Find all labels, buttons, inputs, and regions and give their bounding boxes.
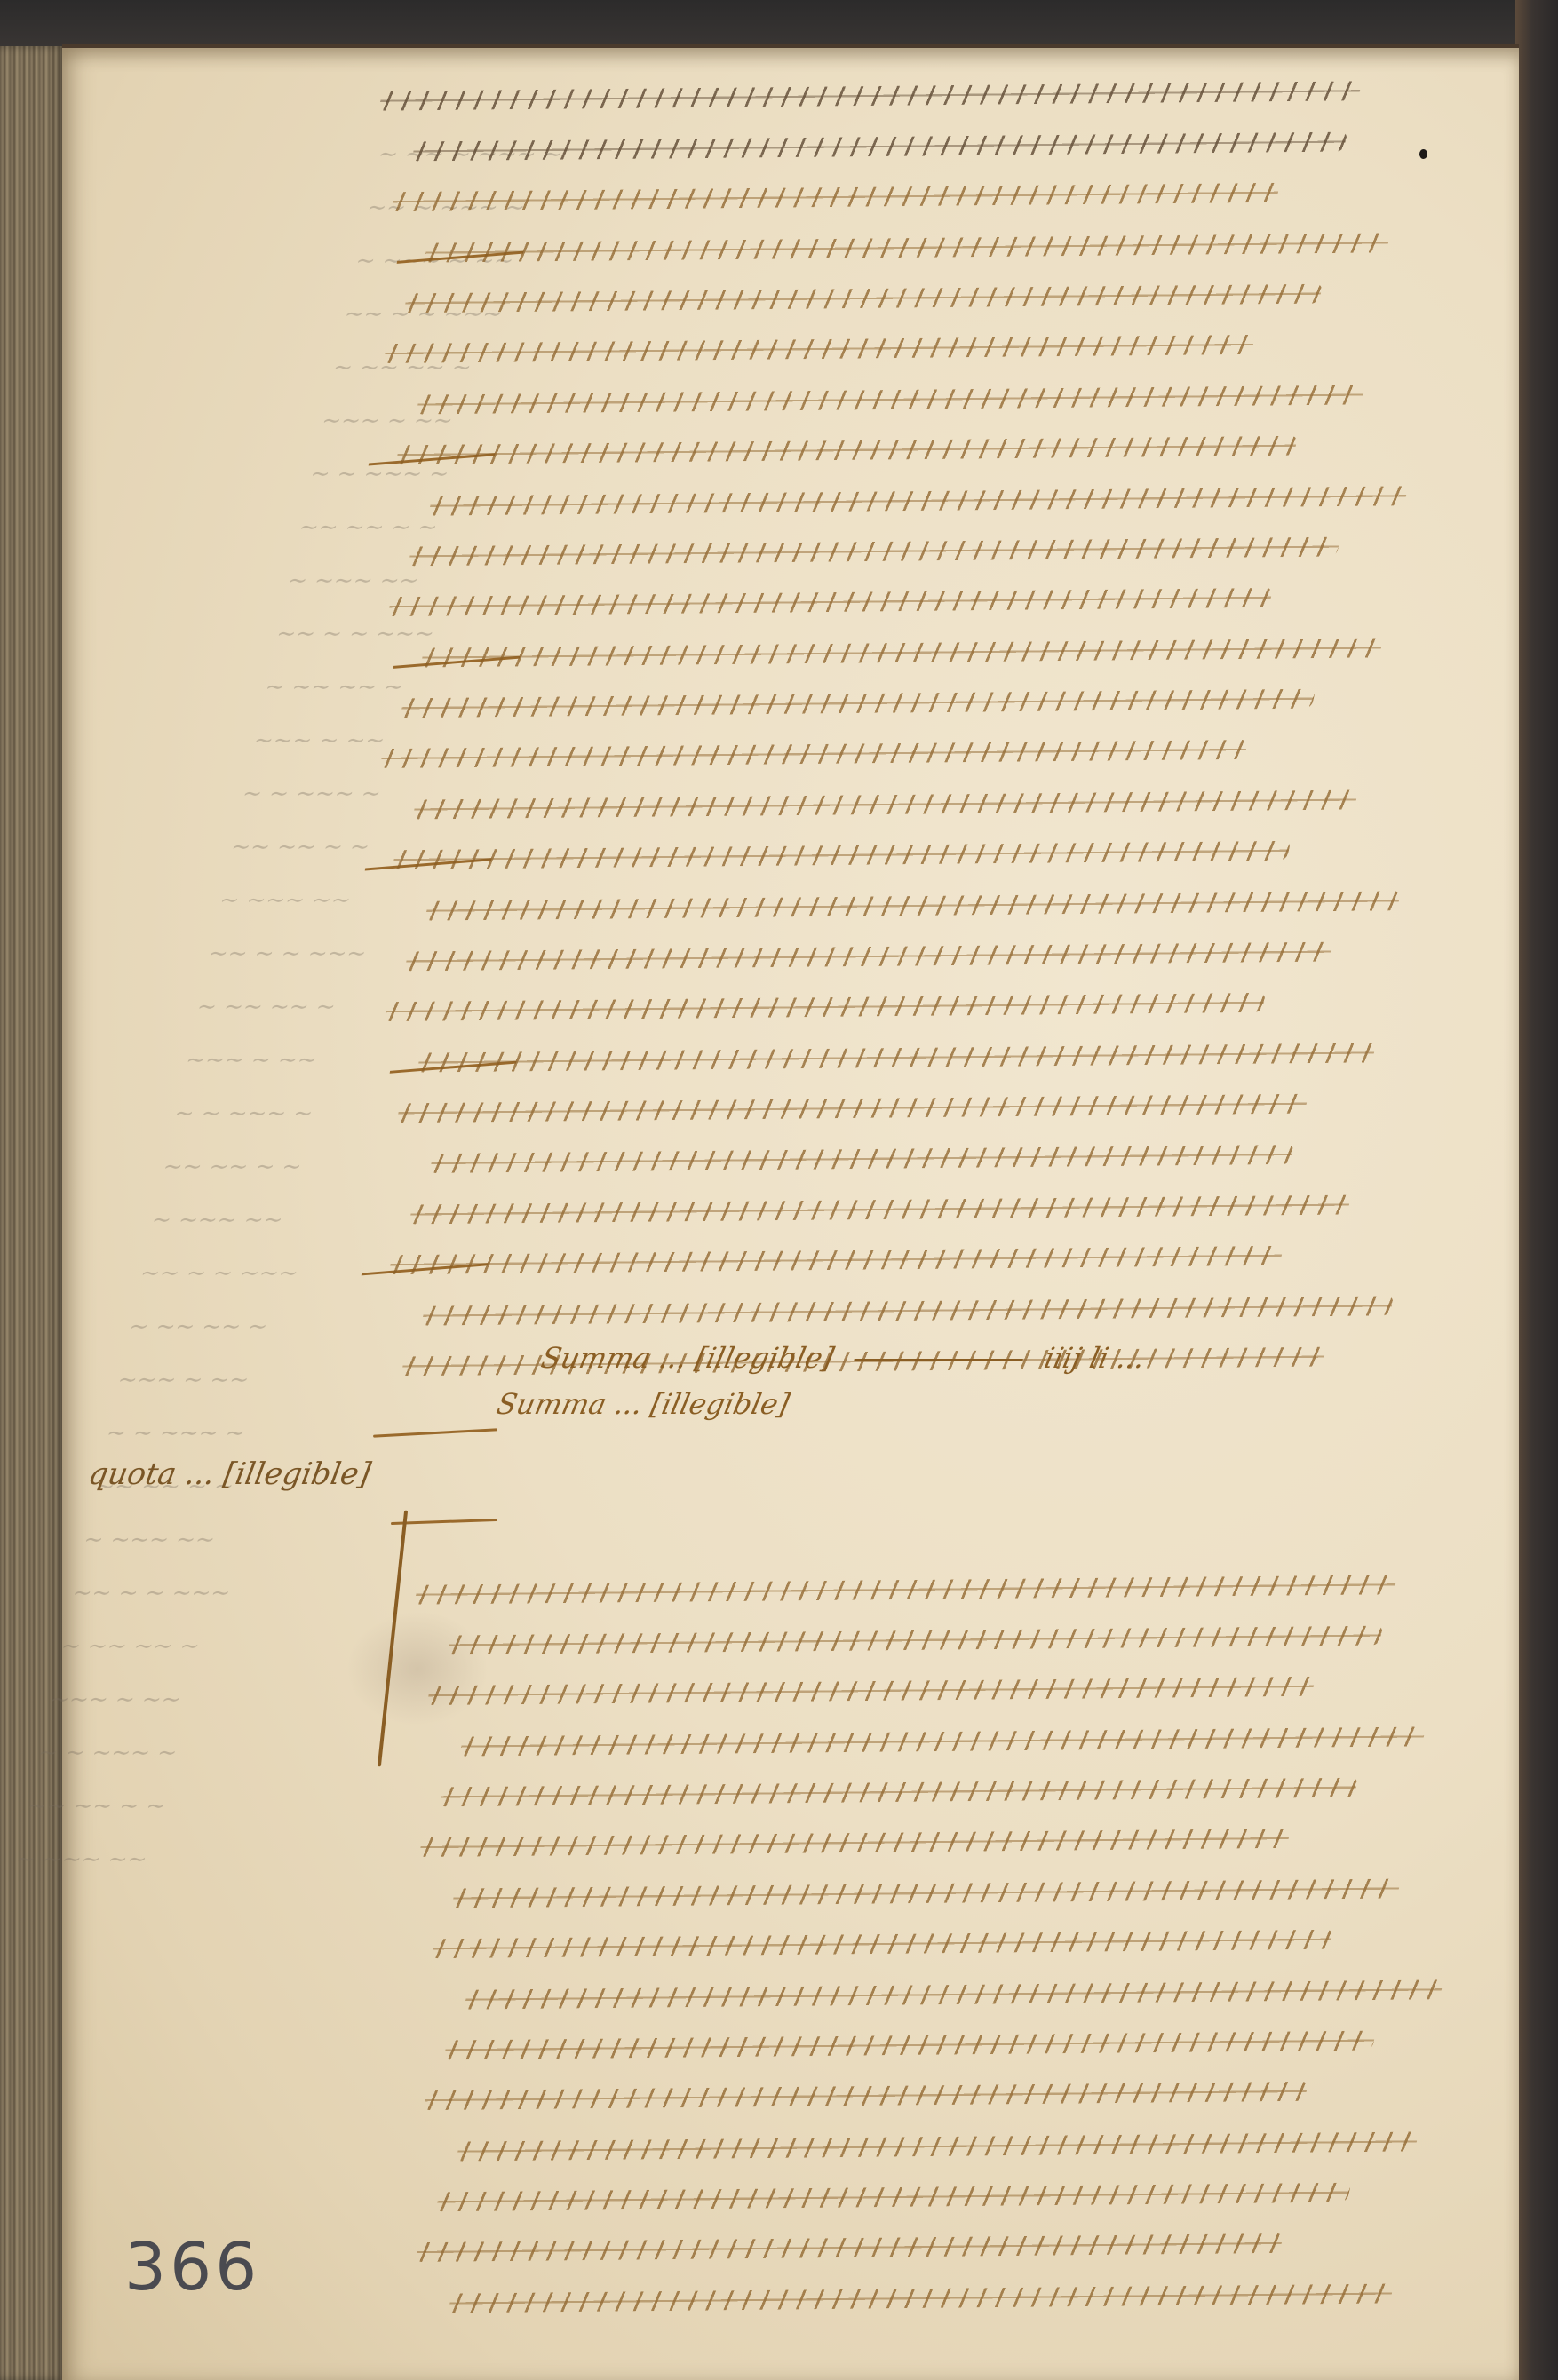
manuscript-line [427, 1913, 1338, 1973]
manuscript-line-text [396, 1094, 1309, 1123]
manuscript-line-text [456, 2131, 1419, 2161]
manuscript-line [388, 824, 1295, 885]
manuscript-line [392, 419, 1302, 480]
summa-line-1: Summa ... [illegible] iiij li ... [538, 1341, 1149, 1375]
manuscript-line [380, 976, 1270, 1035]
manuscript-line-text [391, 183, 1281, 211]
body-text-upper [400, 69, 1439, 1385]
manuscript-line-text [424, 233, 1391, 262]
manuscript-line [387, 166, 1284, 226]
summa-line-2: Summa ... [illegible] [494, 1387, 792, 1421]
binding-right-edge [1515, 0, 1558, 2380]
manuscript-line-text [431, 1930, 1334, 1959]
page-number: 366 [124, 2229, 260, 2305]
manuscript-line-text [423, 2082, 1309, 2110]
manuscript-line-text [392, 841, 1292, 870]
manuscript-line-text [411, 132, 1348, 162]
manuscript-line-text [428, 486, 1409, 515]
manuscript-line-text [414, 1575, 1398, 1605]
manuscript-line-text [378, 81, 1363, 111]
summa-line-2-text: Summa ... [illegible] [494, 1387, 792, 1421]
page-edges-stack [0, 46, 64, 2380]
manuscript-line [411, 2217, 1288, 2276]
manuscript-line-text [384, 993, 1267, 1021]
manuscript-line [393, 1077, 1313, 1138]
manuscript-line-text [403, 284, 1324, 313]
manuscript-line [379, 318, 1260, 377]
manuscript-line-text [464, 1979, 1444, 2009]
manuscript-line [384, 571, 1277, 631]
manuscript-line [444, 2266, 1398, 2327]
manuscript-line-text [379, 740, 1249, 768]
margin-note: quota ... [illegible] [85, 1456, 373, 1492]
manuscript-line-text [425, 891, 1402, 920]
manuscript-line-text [439, 1778, 1359, 1807]
manuscript-line-text [429, 1145, 1295, 1173]
manuscript-line [425, 1128, 1299, 1187]
manuscript-line-text [426, 1677, 1316, 1705]
summa-line-1-amount: iiij li ... [1041, 1341, 1148, 1375]
manuscript-line-text [412, 789, 1359, 819]
summa-line-1-text: Summa ... [illegible] [538, 1341, 837, 1375]
manuscript-line-text [408, 537, 1341, 567]
manuscript-line-text [387, 588, 1274, 616]
manuscript-line-text [388, 1246, 1284, 1274]
manuscript-line [376, 723, 1252, 782]
manuscript-line-text [448, 2283, 1395, 2313]
manuscript-line-text [421, 1296, 1395, 1325]
manuscript-line [385, 1229, 1288, 1289]
manuscript-line-text [395, 436, 1299, 465]
manuscript-line [423, 1660, 1320, 1719]
manuscript-line-text [400, 689, 1316, 718]
manuscript-line-text [459, 1726, 1427, 1756]
summa-dash [854, 1359, 1023, 1361]
manuscript-line-text [420, 638, 1384, 667]
manuscript-line-text [409, 1194, 1352, 1224]
manuscript-line [415, 1812, 1295, 1871]
manuscript-photo: ~ ~~ ~ ~~~ ~ ~~ ~ ~~~ ~ ~ ~~~ ~ ~~ ~~ ~ … [0, 0, 1558, 2380]
manuscript-line-text [451, 1878, 1402, 1908]
manuscript-line-text [443, 2031, 1377, 2060]
body-text-lower [435, 1563, 1475, 2322]
manuscript-line-text [417, 1043, 1377, 1072]
manuscript-line-text [404, 942, 1334, 972]
manuscript-line-text [435, 2183, 1352, 2212]
manuscript-line [419, 2065, 1313, 2124]
manuscript-line-text [416, 385, 1366, 414]
manuscript-line-text [383, 335, 1256, 363]
manuscript-line-text [415, 2233, 1284, 2262]
manuscript-line-text [447, 1626, 1384, 1655]
manuscript-line-text [418, 1829, 1292, 1857]
